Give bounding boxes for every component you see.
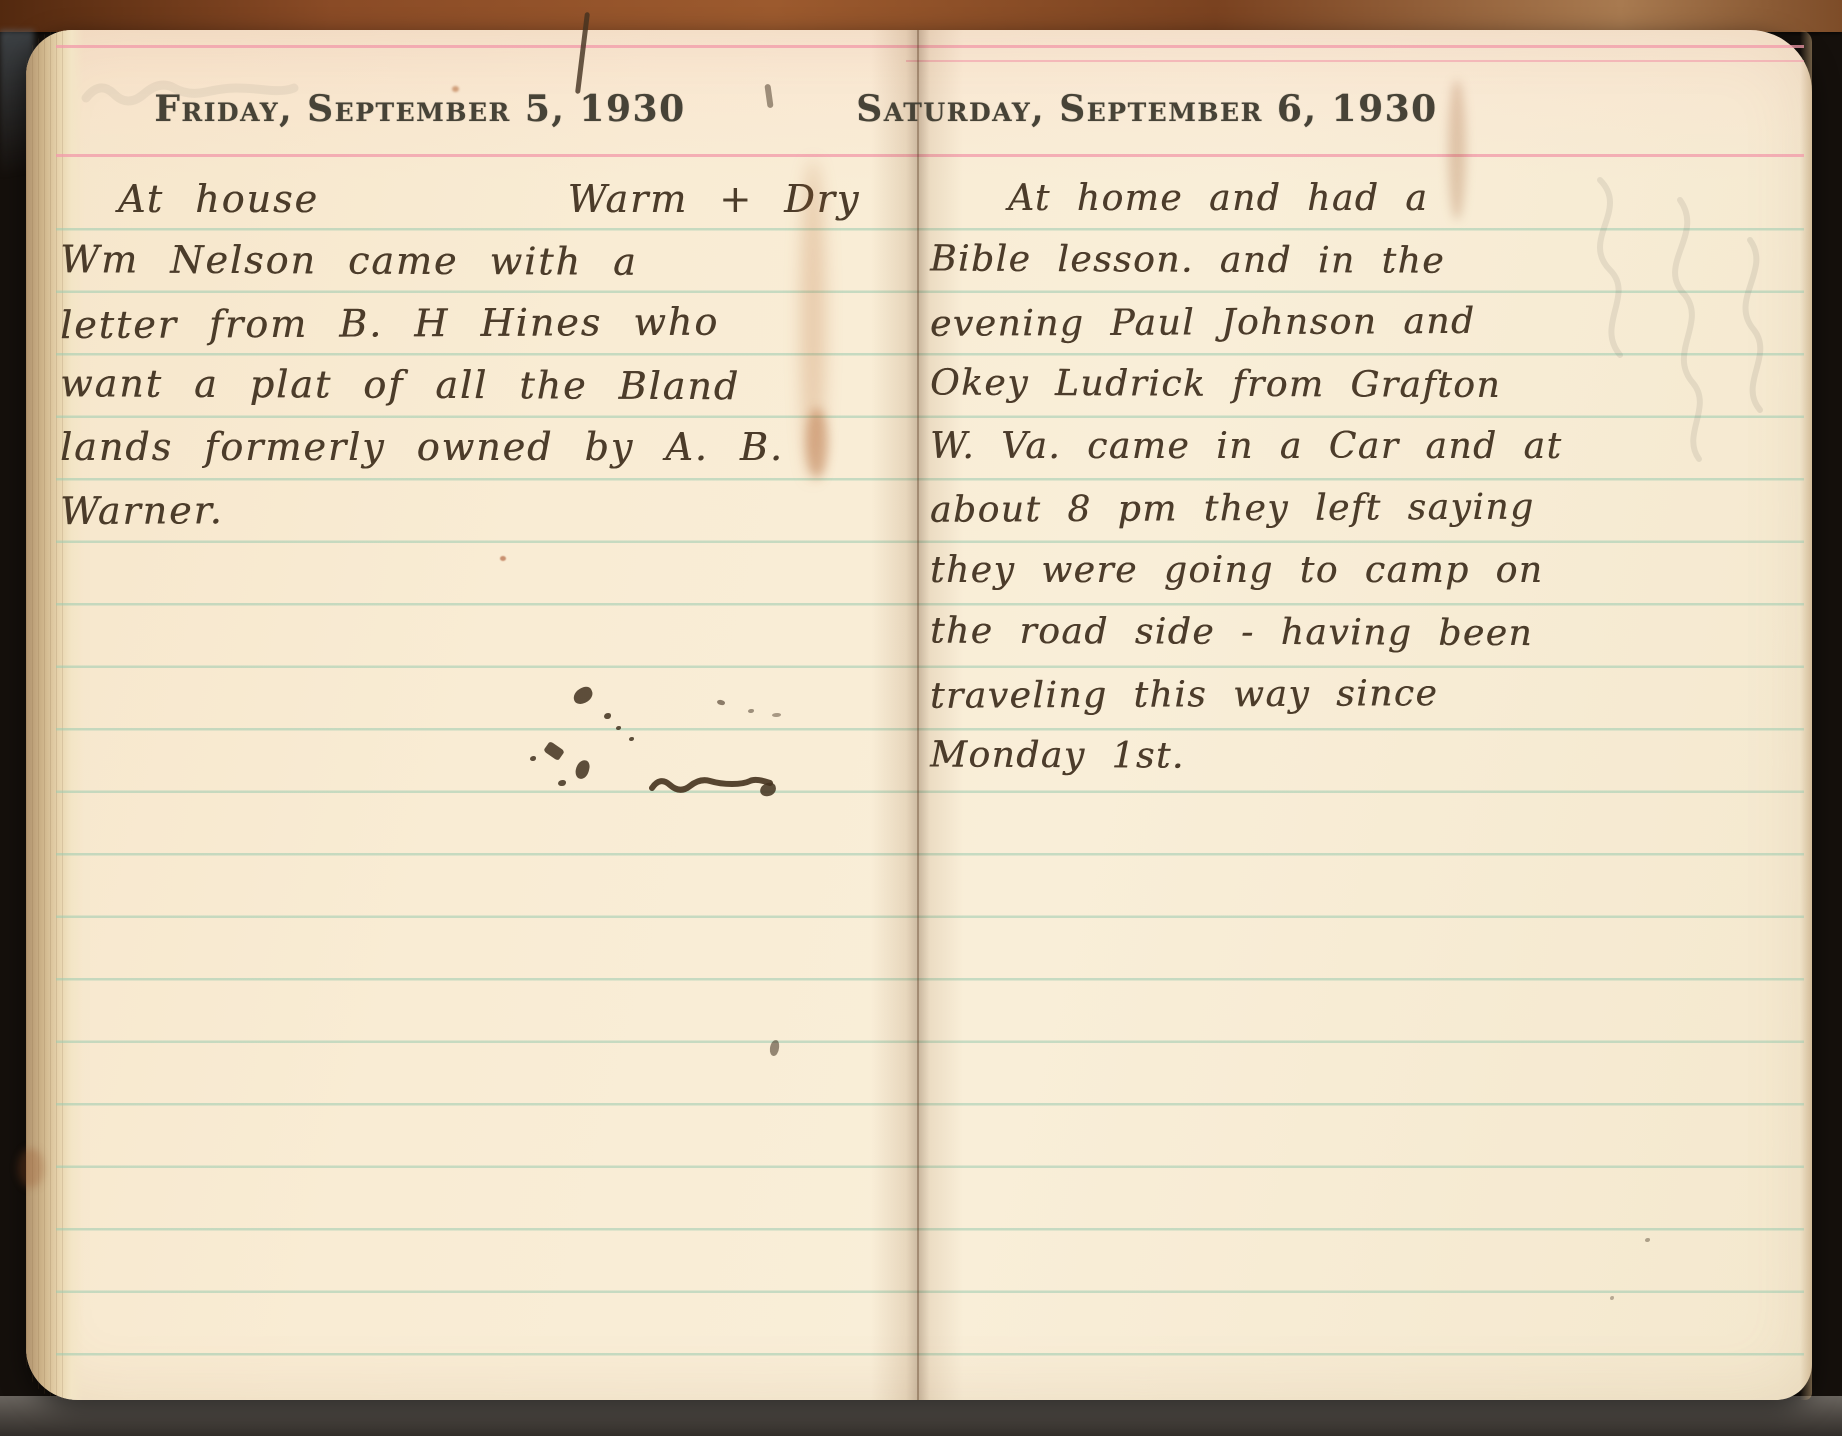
- entry-line: traveling this way since: [930, 662, 1610, 728]
- bottom-shadow: [0, 1396, 1842, 1436]
- entry-line: letter from B. H Hines who: [60, 290, 860, 356]
- photo-background: Friday, September 5, 1930 At house Warm …: [0, 0, 1842, 1436]
- entry-line: the road side - having been: [930, 601, 1610, 666]
- ink-scribble: [648, 774, 788, 798]
- entry-left: At house Warm + Dry Wm Nelson came with …: [60, 168, 860, 540]
- entry-line: Warner.: [60, 476, 860, 542]
- entry-line: want a plat of all the Bland: [60, 352, 860, 417]
- diary-book: Friday, September 5, 1930 At house Warm …: [26, 30, 1812, 1400]
- entry-line: Bible lesson. and in the: [930, 229, 1610, 294]
- entry-line: Wm Nelson came with a: [60, 228, 860, 293]
- ink-bleedthrough: [80, 72, 340, 116]
- entry-line: lands formerly owned by A. B.: [60, 416, 860, 478]
- page-header-right: Saturday, September 6, 1930: [856, 88, 1437, 130]
- entry-right: At home and had a Bible lesson. and in t…: [930, 168, 1610, 788]
- entry-line: W. Va. came in a Car and at: [930, 416, 1610, 478]
- entry-line: At house Warm + Dry: [60, 168, 860, 230]
- entry-line: Monday 1st.: [930, 725, 1610, 790]
- entry-line: At home and had a: [930, 168, 1610, 230]
- entry-line: evening Paul Johnson and: [930, 290, 1610, 356]
- ink-bleedthrough: [1560, 160, 1810, 600]
- entry-line: Okey Ludrick from Grafton: [930, 353, 1610, 418]
- entry-line: they were going to camp on: [930, 540, 1610, 602]
- leather-cover-edge: [0, 0, 1842, 32]
- entry-line: about 8 pm they left saying: [930, 476, 1610, 542]
